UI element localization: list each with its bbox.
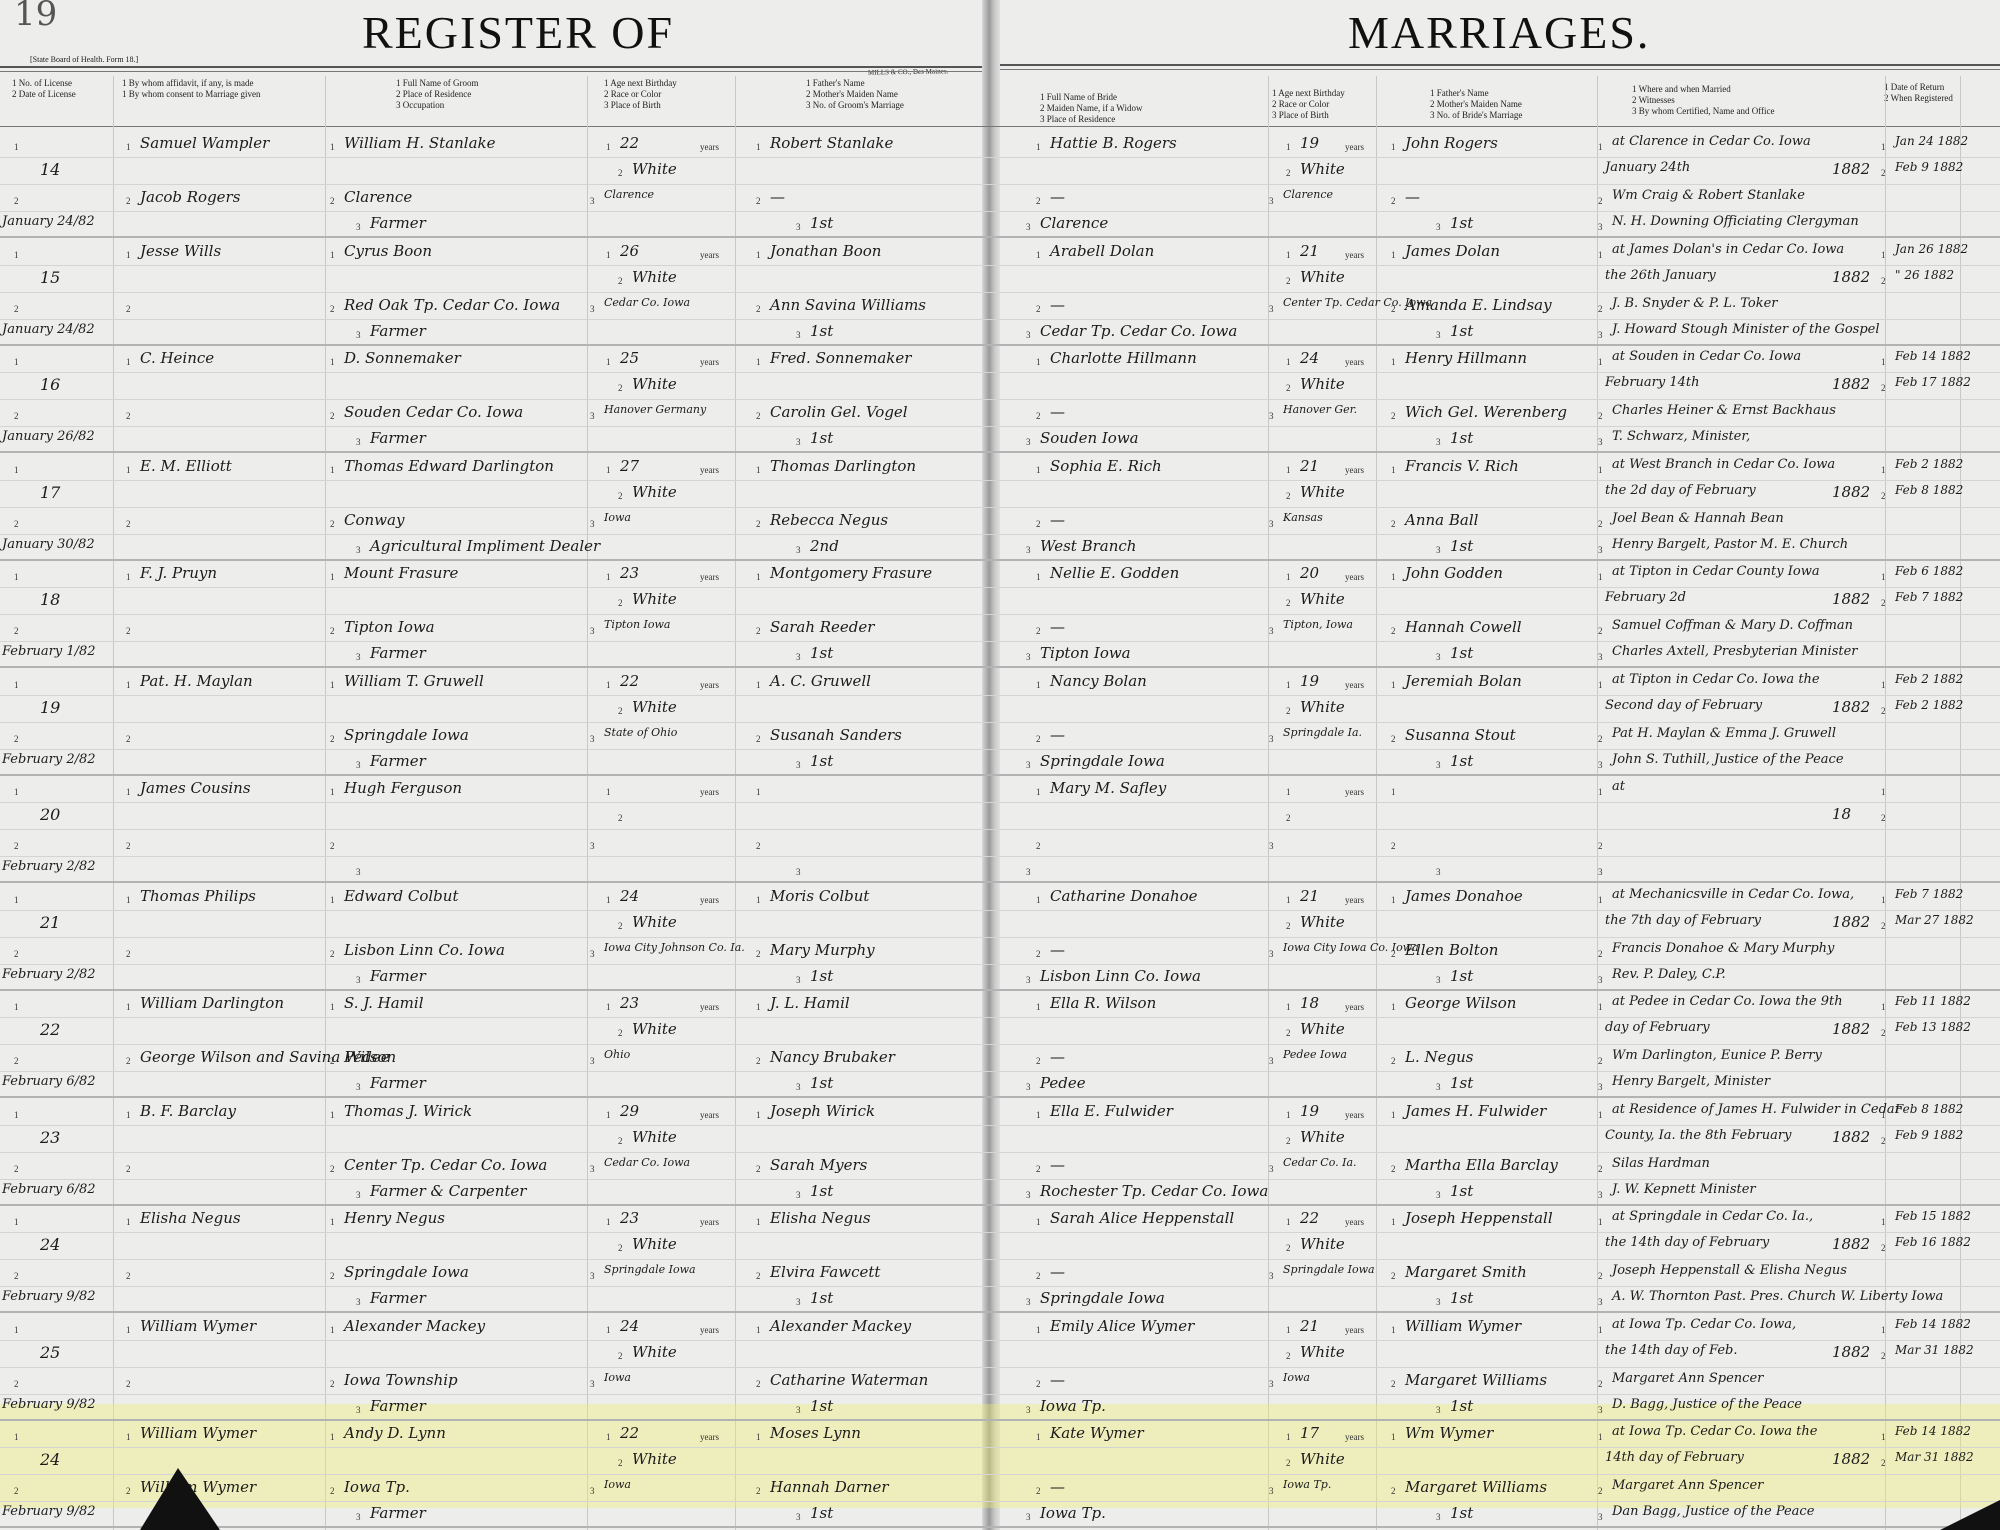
line-number: 1 bbox=[1881, 1432, 1886, 1442]
groom-age-cell: 26 bbox=[620, 242, 639, 260]
line-number: 1 bbox=[756, 250, 761, 260]
line-number: 1 bbox=[126, 572, 131, 582]
bride-maiden-cell: — bbox=[1050, 1048, 1065, 1066]
line-number: 1 bbox=[1881, 250, 1886, 260]
line-number: 2 bbox=[330, 1271, 335, 1281]
line-number: 2 bbox=[618, 168, 623, 178]
line-number: 2 bbox=[1036, 304, 1041, 314]
row-line bbox=[0, 1152, 2000, 1153]
row-line bbox=[0, 1125, 2000, 1126]
when-year-cell: 1882 bbox=[1832, 268, 1870, 286]
page-shadow-artifact bbox=[1940, 1500, 2000, 1530]
line-number: 3 bbox=[356, 1082, 361, 1092]
bride-birth-cell: Cedar Co. Ia. bbox=[1283, 1156, 1357, 1169]
line-number: 1 bbox=[756, 1217, 761, 1227]
bride-cell: Charlotte Hillmann bbox=[1050, 349, 1197, 367]
when-year-cell: 1882 bbox=[1832, 1450, 1870, 1468]
header-affidavit: 1 By whom affidavit, if any, is made 1 B… bbox=[122, 78, 260, 100]
line-number: 3 bbox=[796, 867, 801, 877]
line-number: 2 bbox=[1036, 411, 1041, 421]
groom-mother-cell: Elvira Fawcett bbox=[770, 1263, 880, 1281]
bride-marriage-no-cell: 1st bbox=[1450, 1289, 1473, 1307]
affidavit-cell: Thomas Philips bbox=[140, 887, 256, 905]
bride-birth-cell: Hanover Ger. bbox=[1283, 403, 1357, 416]
line-number: 1 bbox=[1391, 572, 1396, 582]
row-line bbox=[0, 292, 2000, 293]
groom-age-cell: 23 bbox=[620, 1209, 639, 1227]
header-bottom-rule bbox=[0, 126, 2000, 127]
line-number: 2 bbox=[126, 411, 131, 421]
bride-marriage-no-cell: 1st bbox=[1450, 322, 1473, 340]
certified-cell: Rev. P. Daley, C.P. bbox=[1612, 967, 1726, 982]
line-number: 3 bbox=[1269, 1056, 1274, 1066]
bride-birth-cell: Iowa bbox=[1283, 1371, 1310, 1384]
line-number: 2 bbox=[1881, 598, 1886, 608]
line-number: 2 bbox=[330, 626, 335, 636]
line-number: 2 bbox=[618, 383, 623, 393]
years-label: years bbox=[1345, 572, 1364, 582]
bride-mother-cell: L. Negus bbox=[1405, 1048, 1473, 1066]
line-number: 3 bbox=[1598, 1297, 1603, 1307]
groom-race-cell: White bbox=[632, 913, 677, 931]
bride-mother-cell: Anna Ball bbox=[1405, 511, 1478, 529]
return-date-cell: Feb 2 1882 bbox=[1895, 672, 1963, 686]
line-number: 2 bbox=[756, 626, 761, 636]
line-number: 1 bbox=[1036, 895, 1041, 905]
years-label: years bbox=[1345, 142, 1364, 152]
where-cell: at West Branch in Cedar Co. Iowa bbox=[1612, 457, 1835, 472]
line-number: 3 bbox=[590, 1486, 595, 1496]
row-line bbox=[0, 695, 2000, 696]
groom-mother-cell: Nancy Brubaker bbox=[770, 1048, 895, 1066]
return-date-cell: Feb 7 1882 bbox=[1895, 887, 1963, 901]
line-number: 3 bbox=[590, 949, 595, 959]
bride-residence-cell: Clarence bbox=[1040, 214, 1108, 232]
line-number: 2 bbox=[1036, 734, 1041, 744]
groom-age-cell: 22 bbox=[620, 134, 639, 152]
groom-race-cell: White bbox=[632, 160, 677, 178]
groom-father-cell: A. C. Gruwell bbox=[770, 672, 871, 690]
line-number: 2 bbox=[1391, 196, 1396, 206]
bride-mother-cell: Ellen Bolton bbox=[1405, 941, 1498, 959]
bride-birth-cell: Springdale Iowa bbox=[1283, 1263, 1375, 1276]
header-rule bbox=[1000, 69, 2000, 70]
bride-father-cell: Jeremiah Bolan bbox=[1405, 672, 1522, 690]
line-number: 3 bbox=[356, 652, 361, 662]
bride-cell: Kate Wymer bbox=[1050, 1424, 1144, 1442]
license-date-cell: February 9/82 bbox=[2, 1289, 96, 1304]
line-number: 2 bbox=[756, 1164, 761, 1174]
header-line: 3 Place of Birth bbox=[1272, 110, 1345, 121]
row-line bbox=[0, 399, 2000, 400]
line-number: 2 bbox=[126, 841, 131, 851]
line-number: 2 bbox=[330, 841, 335, 851]
bride-mother-cell: Amanda E. Lindsay bbox=[1405, 296, 1552, 314]
header-line: 1 Father's Name bbox=[1430, 88, 1522, 99]
license-date-cell: February 2/82 bbox=[2, 752, 96, 767]
line-number: 3 bbox=[796, 652, 801, 662]
bride-father-cell: James H. Fulwider bbox=[1405, 1102, 1546, 1120]
bride-marriage-no-cell: 1st bbox=[1450, 644, 1473, 662]
groom-cell: Edward Colbut bbox=[344, 887, 458, 905]
line-number: 2 bbox=[1036, 519, 1041, 529]
bride-race-cell: White bbox=[1300, 375, 1345, 393]
line-number: 3 bbox=[1598, 867, 1603, 877]
groom-mother-cell: Carolin Gel. Vogel bbox=[770, 403, 908, 421]
line-number: 1 bbox=[1598, 1217, 1603, 1227]
witnesses-cell: Wm Darlington, Eunice P. Berry bbox=[1612, 1048, 1822, 1063]
years-label: years bbox=[1345, 1217, 1364, 1227]
years-label: years bbox=[1345, 895, 1364, 905]
line-number: 2 bbox=[1598, 1379, 1603, 1389]
affidavit-cell: B. F. Barclay bbox=[140, 1102, 236, 1120]
line-number: 3 bbox=[1436, 222, 1441, 232]
groom-mother-cell: Ann Savina Williams bbox=[770, 296, 926, 314]
line-number: 2 bbox=[126, 734, 131, 744]
line-number: 3 bbox=[590, 519, 595, 529]
when-year-cell: 1882 bbox=[1832, 1235, 1870, 1253]
row-line bbox=[0, 1340, 2000, 1341]
line-number: 1 bbox=[126, 1325, 131, 1335]
line-number: 2 bbox=[1881, 921, 1886, 931]
certified-cell: Charles Axtell, Presbyterian Minister bbox=[1612, 644, 1858, 659]
bride-maiden-cell: — bbox=[1050, 403, 1065, 421]
bride-residence-cell: Cedar Tp. Cedar Co. Iowa bbox=[1040, 322, 1237, 340]
line-number: 3 bbox=[1436, 1297, 1441, 1307]
bride-residence-cell: Springdale Iowa bbox=[1040, 752, 1165, 770]
line-number: 1 bbox=[606, 1325, 611, 1335]
line-number: 3 bbox=[796, 222, 801, 232]
header-rule bbox=[0, 66, 982, 68]
return-date-cell: Feb 6 1882 bbox=[1895, 564, 1963, 578]
groom-birth-cell: Cedar Co. Iowa bbox=[604, 1156, 690, 1169]
bride-race-cell: White bbox=[1300, 1020, 1345, 1038]
line-number: 2 bbox=[756, 841, 761, 851]
license-date-cell: January 24/82 bbox=[2, 322, 95, 337]
registered-cell: Feb 17 1882 bbox=[1895, 375, 1971, 389]
row-line bbox=[0, 829, 2000, 830]
header-bride: 1 Full Name of Bride 2 Maiden Name, if a… bbox=[1040, 92, 1142, 125]
registered-cell: Feb 9 1882 bbox=[1895, 1128, 1963, 1142]
row-line bbox=[0, 641, 2000, 642]
groom-birth-cell: Hanover Germany bbox=[604, 403, 706, 416]
line-number: 1 bbox=[1598, 680, 1603, 690]
header-line: 1 Where and when Married bbox=[1632, 84, 1775, 95]
years-label: years bbox=[1345, 680, 1364, 690]
return-date-cell: Feb 14 1882 bbox=[1895, 1317, 1971, 1331]
row-line bbox=[0, 1367, 2000, 1368]
return-date-cell: Jan 26 1882 bbox=[1895, 242, 1968, 256]
line-number: 2 bbox=[1391, 949, 1396, 959]
line-number: 2 bbox=[126, 196, 131, 206]
row-line bbox=[0, 1232, 2000, 1233]
line-number: 2 bbox=[756, 1486, 761, 1496]
line-number: 2 bbox=[1881, 276, 1886, 286]
table-row: 1217January 30/821E. M. Elliott21Thomas … bbox=[0, 453, 2000, 561]
line-number: 1 bbox=[756, 787, 761, 797]
line-number: 1 bbox=[126, 465, 131, 475]
registered-cell: Feb 8 1882 bbox=[1895, 483, 1963, 497]
groom-occupation-cell: Farmer bbox=[370, 322, 426, 340]
line-number: 1 bbox=[330, 1432, 335, 1442]
groom-age-cell: 24 bbox=[620, 887, 639, 905]
line-number: 1 bbox=[330, 357, 335, 367]
line-number: 3 bbox=[1598, 652, 1603, 662]
bride-age-cell: 21 bbox=[1300, 457, 1319, 475]
line-number: 1 bbox=[1598, 787, 1603, 797]
line-number: 2 bbox=[126, 304, 131, 314]
years-label: years bbox=[700, 1432, 719, 1442]
line-number: 1 bbox=[126, 142, 131, 152]
where-cell: at Iowa Tp. Cedar Co. Iowa the bbox=[1612, 1424, 1817, 1439]
line-number: 3 bbox=[1026, 652, 1031, 662]
bride-residence-cell: Iowa Tp. bbox=[1040, 1504, 1106, 1522]
groom-mother-cell: Sarah Myers bbox=[770, 1156, 867, 1174]
line-number: 2 bbox=[14, 196, 19, 206]
years-label: years bbox=[700, 1325, 719, 1335]
line-number: 1 bbox=[756, 1002, 761, 1012]
line-number: 3 bbox=[796, 437, 801, 447]
line-number: 1 bbox=[330, 142, 335, 152]
line-number: 2 bbox=[330, 304, 335, 314]
where-cell: at Clarence in Cedar Co. Iowa bbox=[1612, 134, 1811, 149]
license-no-cell: 23 bbox=[40, 1128, 60, 1147]
table-row: 1224February 9/821William Wymer2William … bbox=[0, 1420, 2000, 1528]
license-no-cell: 25 bbox=[40, 1343, 60, 1362]
bride-maiden-cell: — bbox=[1050, 1371, 1065, 1389]
groom-race-cell: White bbox=[632, 1450, 677, 1468]
line-number: 2 bbox=[1391, 841, 1396, 851]
line-number: 1 bbox=[1286, 1217, 1291, 1227]
line-number: 2 bbox=[756, 734, 761, 744]
line-number: 2 bbox=[1881, 706, 1886, 716]
years-label: years bbox=[700, 895, 719, 905]
line-number: 2 bbox=[126, 1164, 131, 1174]
groom-birth-cell: Iowa bbox=[604, 511, 631, 524]
line-number: 3 bbox=[1026, 975, 1031, 985]
license-no-cell: 14 bbox=[40, 160, 60, 179]
line-number: 2 bbox=[14, 304, 19, 314]
groom-age-cell: 25 bbox=[620, 349, 639, 367]
line-number: 2 bbox=[1598, 196, 1603, 206]
groom-mother-cell: Susanah Sanders bbox=[770, 726, 902, 744]
line-number: 3 bbox=[1026, 867, 1031, 877]
line-number: 3 bbox=[796, 330, 801, 340]
years-label: years bbox=[700, 1002, 719, 1012]
line-number: 1 bbox=[1881, 142, 1886, 152]
header-line: 1 By whom consent to Marriage given bbox=[122, 89, 260, 100]
table-row: 1214January 24/821Samuel Wampler2Jacob R… bbox=[0, 130, 2000, 238]
groom-mother-cell: Catharine Waterman bbox=[770, 1371, 928, 1389]
row-line bbox=[0, 1017, 2000, 1018]
bride-age-cell: 20 bbox=[1300, 564, 1319, 582]
header-line: 1 Date of Return bbox=[1884, 82, 1953, 93]
line-number: 2 bbox=[126, 1056, 131, 1066]
groom-marriage-no-cell: 1st bbox=[810, 1182, 833, 1200]
bride-birth-cell: Iowa City Iowa Co. Iowa bbox=[1283, 941, 1419, 954]
certified-cell: J. Howard Stough Minister of the Gospel bbox=[1612, 322, 1880, 337]
registered-cell: Mar 27 1882 bbox=[1895, 913, 1974, 927]
line-number: 1 bbox=[1598, 142, 1603, 152]
consent-cell: Jacob Rogers bbox=[140, 188, 240, 206]
bride-race-cell: White bbox=[1300, 160, 1345, 178]
line-number: 3 bbox=[796, 760, 801, 770]
line-number: 1 bbox=[1881, 895, 1886, 905]
bride-cell: Emily Alice Wymer bbox=[1050, 1317, 1194, 1335]
line-number: 2 bbox=[1286, 276, 1291, 286]
license-no-cell: 15 bbox=[40, 268, 60, 287]
line-number: 1 bbox=[1598, 1002, 1603, 1012]
row-line bbox=[0, 157, 2000, 158]
groom-race-cell: White bbox=[632, 268, 677, 286]
bride-maiden-cell: — bbox=[1050, 941, 1065, 959]
groom-father-cell: J. L. Hamil bbox=[770, 994, 850, 1012]
bride-age-cell: 21 bbox=[1300, 1317, 1319, 1335]
line-number: 2 bbox=[618, 813, 623, 823]
license-no-cell: 16 bbox=[40, 375, 60, 394]
witnesses-cell: Charles Heiner & Ernst Backhaus bbox=[1612, 403, 1836, 418]
line-number: 2 bbox=[1391, 411, 1396, 421]
line-number: 3 bbox=[590, 734, 595, 744]
line-number: 1 bbox=[14, 680, 19, 690]
line-number: 1 bbox=[1881, 787, 1886, 797]
line-number: 1 bbox=[1391, 1217, 1396, 1227]
row-line bbox=[0, 749, 2000, 750]
certified-cell: Dan Bagg, Justice of the Peace bbox=[1612, 1504, 1814, 1519]
bride-birth-cell: Tipton, Iowa bbox=[1283, 618, 1353, 631]
line-number: 2 bbox=[1286, 1136, 1291, 1146]
groom-occupation-cell: Farmer bbox=[370, 1397, 426, 1415]
bride-age-cell: 18 bbox=[1300, 994, 1319, 1012]
line-number: 1 bbox=[14, 465, 19, 475]
line-number: 2 bbox=[1598, 519, 1603, 529]
groom-cell: Andy D. Lynn bbox=[344, 1424, 446, 1442]
groom-race-cell: White bbox=[632, 1020, 677, 1038]
bride-cell: Arabell Dolan bbox=[1050, 242, 1154, 260]
bride-mother-cell: Margaret Williams bbox=[1405, 1371, 1547, 1389]
line-number: 2 bbox=[756, 1271, 761, 1281]
row-line bbox=[0, 211, 2000, 212]
row-line bbox=[0, 534, 2000, 535]
groom-occupation-cell: Farmer bbox=[370, 967, 426, 985]
bride-residence-cell: Pedee bbox=[1040, 1074, 1086, 1092]
row-line bbox=[0, 1071, 2000, 1072]
line-number: 2 bbox=[14, 734, 19, 744]
return-date-cell: Feb 15 1882 bbox=[1895, 1209, 1971, 1223]
years-label: years bbox=[1345, 357, 1364, 367]
line-number: 2 bbox=[330, 519, 335, 529]
line-number: 1 bbox=[1036, 1002, 1041, 1012]
groom-cell: D. Sonnemaker bbox=[344, 349, 461, 367]
line-number: 2 bbox=[1598, 626, 1603, 636]
groom-cell: Cyrus Boon bbox=[344, 242, 432, 260]
return-date-cell: Feb 14 1882 bbox=[1895, 1424, 1971, 1438]
line-number: 2 bbox=[618, 1136, 623, 1146]
line-number: 1 bbox=[330, 1217, 335, 1227]
line-number: 2 bbox=[1286, 168, 1291, 178]
line-number: 3 bbox=[590, 304, 595, 314]
line-number: 1 bbox=[1881, 357, 1886, 367]
line-number: 3 bbox=[356, 1190, 361, 1200]
row-line bbox=[0, 319, 2000, 320]
license-no-cell: 18 bbox=[40, 590, 60, 609]
bride-mother-cell: Hannah Cowell bbox=[1405, 618, 1522, 636]
header-line: 3 Place of Birth bbox=[604, 100, 677, 111]
bride-age-cell: 17 bbox=[1300, 1424, 1319, 1442]
line-number: 3 bbox=[356, 1405, 361, 1415]
bride-father-cell: Wm Wymer bbox=[1405, 1424, 1493, 1442]
header-line: 3 Place of Residence bbox=[1040, 114, 1142, 125]
line-number: 2 bbox=[1036, 626, 1041, 636]
line-number: 2 bbox=[1881, 168, 1886, 178]
witnesses-cell: Joel Bean & Hannah Bean bbox=[1612, 511, 1784, 526]
line-number: 1 bbox=[1036, 572, 1041, 582]
groom-residence-cell: Center Tp. Cedar Co. Iowa bbox=[344, 1156, 547, 1174]
bride-age-cell: 19 bbox=[1300, 134, 1319, 152]
line-number: 1 bbox=[756, 1325, 761, 1335]
license-no-cell: 24 bbox=[40, 1235, 60, 1254]
groom-birth-cell: Iowa City Johnson Co. Ia. bbox=[604, 941, 745, 954]
line-number: 3 bbox=[1026, 437, 1031, 447]
line-number: 3 bbox=[796, 975, 801, 985]
bride-cell: Sarah Alice Heppenstall bbox=[1050, 1209, 1234, 1227]
line-number: 3 bbox=[1598, 545, 1603, 555]
bride-race-cell: White bbox=[1300, 913, 1345, 931]
line-number: 2 bbox=[1286, 1458, 1291, 1468]
years-label: years bbox=[700, 250, 719, 260]
row-line bbox=[0, 722, 2000, 723]
line-number: 1 bbox=[14, 1432, 19, 1442]
line-number: 2 bbox=[618, 491, 623, 501]
where-cell: at Tipton in Cedar County Iowa bbox=[1612, 564, 1820, 579]
line-number: 3 bbox=[1269, 196, 1274, 206]
line-number: 1 bbox=[1286, 1002, 1291, 1012]
header-line: 2 When Registered bbox=[1884, 93, 1953, 104]
groom-father-cell: Moris Colbut bbox=[770, 887, 869, 905]
where-cell: at Pedee in Cedar Co. Iowa the 9th bbox=[1612, 994, 1843, 1009]
line-number: 1 bbox=[1391, 465, 1396, 475]
row-line bbox=[0, 1044, 2000, 1045]
line-number: 2 bbox=[14, 1164, 19, 1174]
bride-cell: Mary M. Safley bbox=[1050, 779, 1166, 797]
line-number: 2 bbox=[1286, 1243, 1291, 1253]
header-bride-parents: 1 Father's Name 2 Mother's Maiden Name 3… bbox=[1430, 88, 1522, 121]
groom-father-cell: Joseph Wirick bbox=[770, 1102, 875, 1120]
page-title-right: MARRIAGES. bbox=[1348, 6, 1650, 59]
license-no-cell: 17 bbox=[40, 483, 60, 502]
line-number: 3 bbox=[1269, 519, 1274, 529]
line-number: 2 bbox=[14, 1379, 19, 1389]
line-number: 1 bbox=[14, 1002, 19, 1012]
line-number: 1 bbox=[1391, 142, 1396, 152]
line-number: 2 bbox=[1391, 1486, 1396, 1496]
line-number: 2 bbox=[1036, 841, 1041, 851]
bride-race-cell: White bbox=[1300, 1128, 1345, 1146]
groom-father-cell: Alexander Mackey bbox=[770, 1317, 911, 1335]
bride-race-cell: White bbox=[1300, 268, 1345, 286]
header-marriage: 1 Where and when Married 2 Witnesses 3 B… bbox=[1632, 84, 1775, 117]
bride-father-cell: George Wilson bbox=[1405, 994, 1516, 1012]
line-number: 3 bbox=[1026, 760, 1031, 770]
line-number: 2 bbox=[1881, 383, 1886, 393]
groom-age-cell: 24 bbox=[620, 1317, 639, 1335]
license-date-cell: January 24/82 bbox=[2, 214, 95, 229]
header-line: 2 Mother's Maiden Name bbox=[806, 89, 904, 100]
groom-marriage-no-cell: 1st bbox=[810, 1504, 833, 1522]
line-number: 1 bbox=[1036, 142, 1041, 152]
line-number: 1 bbox=[1286, 680, 1291, 690]
row-line bbox=[0, 426, 2000, 427]
